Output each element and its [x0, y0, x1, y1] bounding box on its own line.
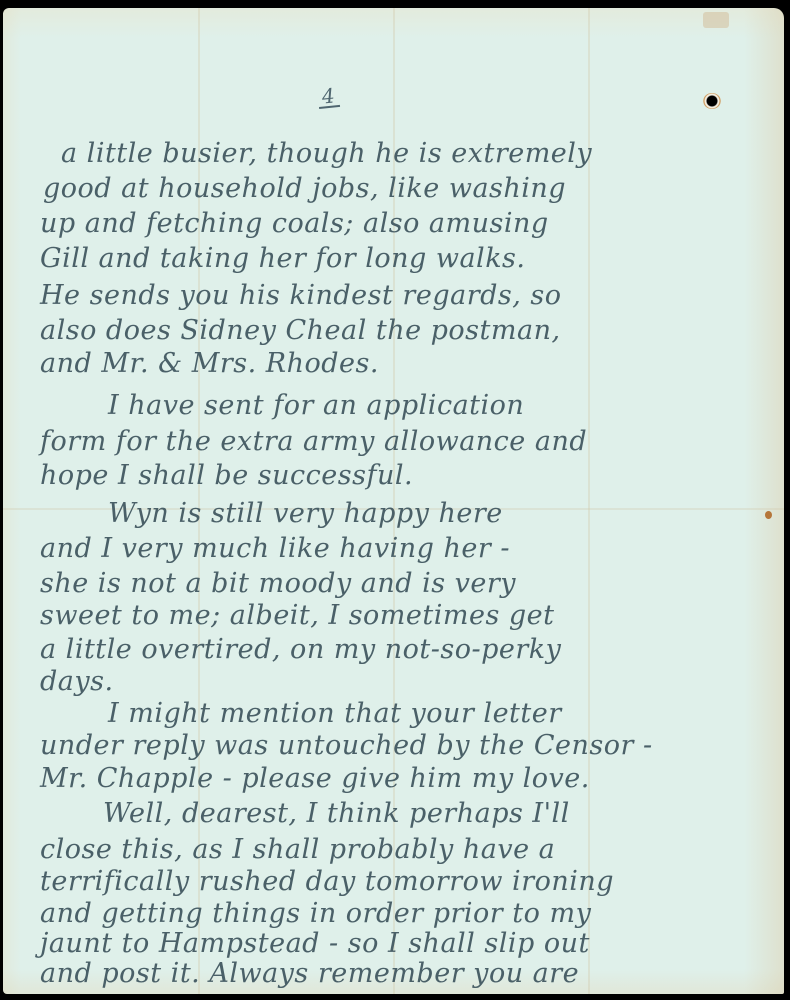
- letter-line: Well, dearest, I think perhaps I'll: [103, 798, 570, 829]
- letter-line: Wyn is still very happy here: [108, 498, 503, 529]
- letter-line: up and fetching coals; also amusing: [40, 208, 549, 239]
- rust-spot: [765, 511, 772, 519]
- letter-page: 4 a little busier, though he is extremel…: [3, 8, 784, 994]
- letter-line: close this, as I shall probably have a: [40, 834, 555, 865]
- letter-line: and Mr. & Mrs. Rhodes.: [40, 348, 379, 379]
- corner-stain: [703, 12, 729, 28]
- letter-line: a little busier, though he is extremely: [61, 138, 592, 169]
- letter-line: terrifically rushed day tomorrow ironing: [40, 866, 614, 897]
- letter-line: sweet to me; albeit, I sometimes get: [40, 600, 555, 631]
- letter-line: Gill and taking her for long walks.: [40, 243, 526, 274]
- letter-line: I might mention that your letter: [108, 698, 562, 729]
- letter-line: jaunt to Hampstead - so I shall slip out: [40, 928, 590, 959]
- letter-line: Mr. Chapple - please give him my love.: [40, 763, 590, 794]
- letter-line: days.: [40, 666, 114, 697]
- letter-line: I have sent for an application: [108, 390, 524, 421]
- punch-hole: [703, 93, 721, 109]
- letter-line: and post it. Always remember you are: [40, 958, 579, 989]
- letter-line: she is not a bit moody and is very: [40, 568, 516, 599]
- letter-line: and I very much like having her -: [40, 533, 510, 564]
- letter-line: a little overtired, on my not-so-perky: [40, 634, 561, 665]
- letter-line: also does Sidney Cheal the postman,: [40, 315, 561, 346]
- letter-line: form for the extra army allowance and: [40, 426, 587, 457]
- letter-line: He sends you his kindest regards, so: [40, 280, 562, 311]
- page-number: 4: [317, 85, 340, 109]
- letter-line: and getting things in order prior to my: [40, 898, 591, 929]
- letter-line: hope I shall be successful.: [40, 460, 413, 491]
- letter-line: good at household jobs, like washing: [43, 173, 566, 204]
- letter-line: under reply was untouched by the Censor …: [40, 730, 653, 761]
